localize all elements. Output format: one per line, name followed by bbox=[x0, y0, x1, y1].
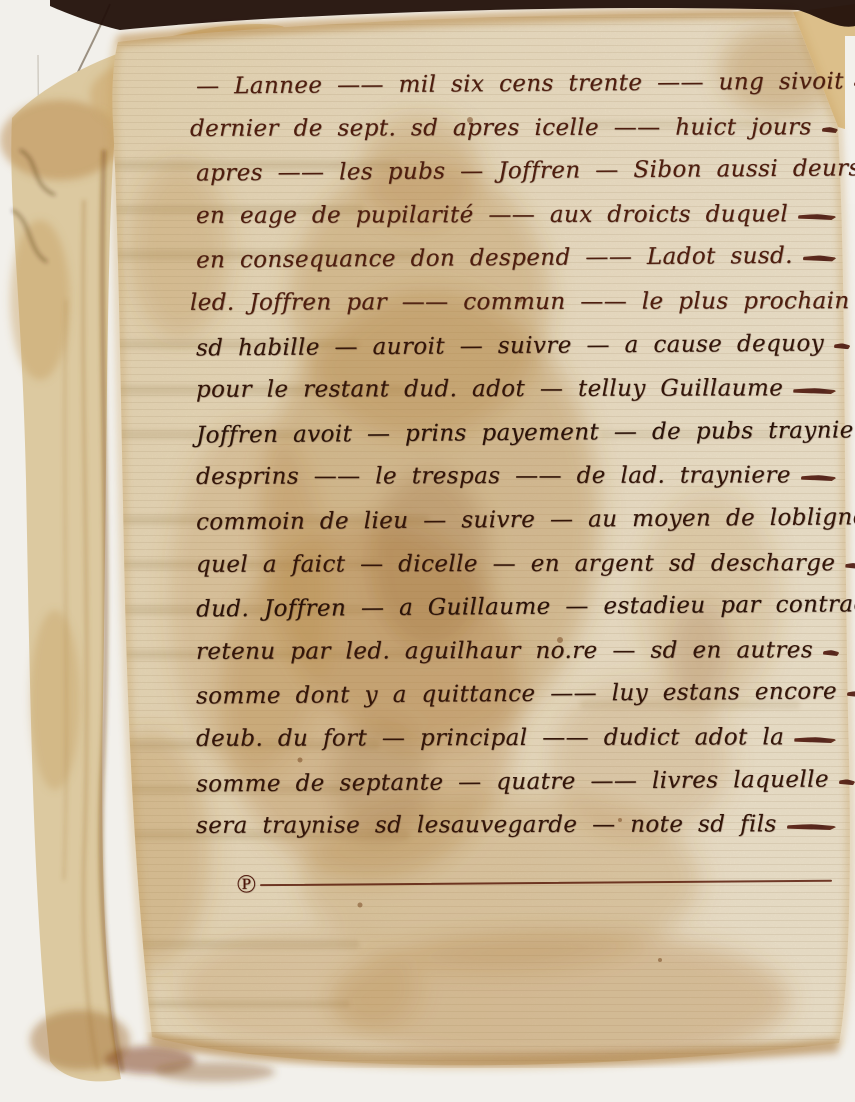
line-filler-stroke bbox=[823, 650, 839, 656]
manuscript-line: sd habille — auroit — suivre — a cause d… bbox=[196, 321, 838, 370]
manuscript-line-text: somme dont y a quittance —— luy estans e… bbox=[196, 679, 837, 710]
manuscript-line: dernier de sept. sd apres icelle —— huic… bbox=[196, 105, 838, 150]
manuscript-line: led. Joffren par —— commun —— le plus pr… bbox=[196, 279, 838, 324]
manuscript-line-text: apres —— les pubs — Joffren — Sibon auss… bbox=[196, 155, 855, 186]
manuscript-line: quel a faict — dicelle — en argent sd de… bbox=[196, 541, 838, 586]
manuscript-line: somme de septante — quatre —— livres laq… bbox=[196, 757, 838, 806]
scanned-manuscript-page: — Lannee —— mil six cens trente —— ung s… bbox=[0, 0, 855, 1102]
manuscript-line: en eage de pupilarité —— aux droicts duq… bbox=[196, 192, 838, 237]
manuscript-line-text: sd habille — auroit — suivre — a cause d… bbox=[196, 330, 824, 361]
handwriting-layer: — Lannee —— mil six cens trente —— ung s… bbox=[196, 62, 838, 903]
manuscript-line: Joffren avoit — prins payement — de pubs… bbox=[196, 408, 838, 457]
line-filler-stroke bbox=[822, 127, 838, 133]
manuscript-line-text: quel a faict — dicelle — en argent sd de… bbox=[196, 549, 835, 577]
line-filler-stroke bbox=[803, 256, 836, 262]
line-filler-stroke bbox=[794, 737, 836, 743]
manuscript-line: sera traynise sd lesauvegarde — note sd … bbox=[196, 802, 838, 847]
manuscript-line: en consequance don despend —— Ladot susd… bbox=[196, 234, 838, 283]
manuscript-line: retenu par led. aguilhaur no.re — sd en … bbox=[196, 628, 838, 673]
manuscript-line-text: en eage de pupilarité —— aux droicts duq… bbox=[196, 201, 788, 229]
manuscript-end-line: ℗ bbox=[236, 857, 838, 905]
manuscript-line: deub. du fort — principal —— dudict adot… bbox=[196, 715, 838, 760]
manuscript-line: apres —— les pubs — Joffren — Sibon auss… bbox=[196, 147, 838, 196]
line-filler-stroke bbox=[798, 214, 836, 220]
manuscript-line-text: retenu par led. aguilhaur no.re — sd en … bbox=[196, 637, 813, 665]
manuscript-line-text: en consequance don despend —— Ladot susd… bbox=[196, 243, 793, 274]
line-filler-stroke bbox=[801, 475, 836, 481]
line-filler-stroke bbox=[793, 388, 836, 394]
manuscript-line: somme dont y a quittance —— luy estans e… bbox=[196, 670, 838, 719]
manuscript-line: desprins —— le trespas —— de lad. trayni… bbox=[196, 454, 838, 499]
manuscript-line-text: somme de septante — quatre —— livres laq… bbox=[196, 766, 829, 797]
manuscript-line: commoin de lieu — suivre — au moyen de l… bbox=[196, 495, 838, 544]
manuscript-line: — Lannee —— mil six cens trente —— ung s… bbox=[196, 59, 838, 108]
closing-rule-stroke bbox=[260, 879, 832, 886]
manuscript-line-text: desprins —— le trespas —— de lad. trayni… bbox=[196, 462, 791, 490]
manuscript-line-text: led. Joffren par —— commun —— le plus pr… bbox=[190, 288, 850, 316]
manuscript-line-text: dernier de sept. sd apres icelle —— huic… bbox=[190, 114, 812, 142]
line-filler-stroke bbox=[787, 824, 836, 830]
manuscript-line-text: Joffren avoit — prins payement — de pubs… bbox=[196, 417, 855, 448]
manuscript-line: dud. Joffren — a Guillaume — estadieu pa… bbox=[196, 583, 838, 632]
manuscript-line-text: — Lannee —— mil six cens trente —— ung s… bbox=[196, 68, 844, 99]
manuscript-line-text: commoin de lieu — suivre — au moyen de l… bbox=[196, 504, 855, 535]
manuscript-line-text: sera traynise sd lesauvegarde — note sd … bbox=[196, 811, 777, 839]
manuscript-line: pour le restant dud. adot — telluy Guill… bbox=[196, 366, 838, 411]
manuscript-line-text: pour le restant dud. adot — telluy Guill… bbox=[196, 375, 783, 403]
end-paragraph-mark: ℗ bbox=[236, 869, 256, 899]
manuscript-line-text: dud. Joffren — a Guillaume — estadieu pa… bbox=[196, 591, 855, 622]
manuscript-line-text: deub. du fort — principal —— dudict adot… bbox=[196, 724, 784, 752]
